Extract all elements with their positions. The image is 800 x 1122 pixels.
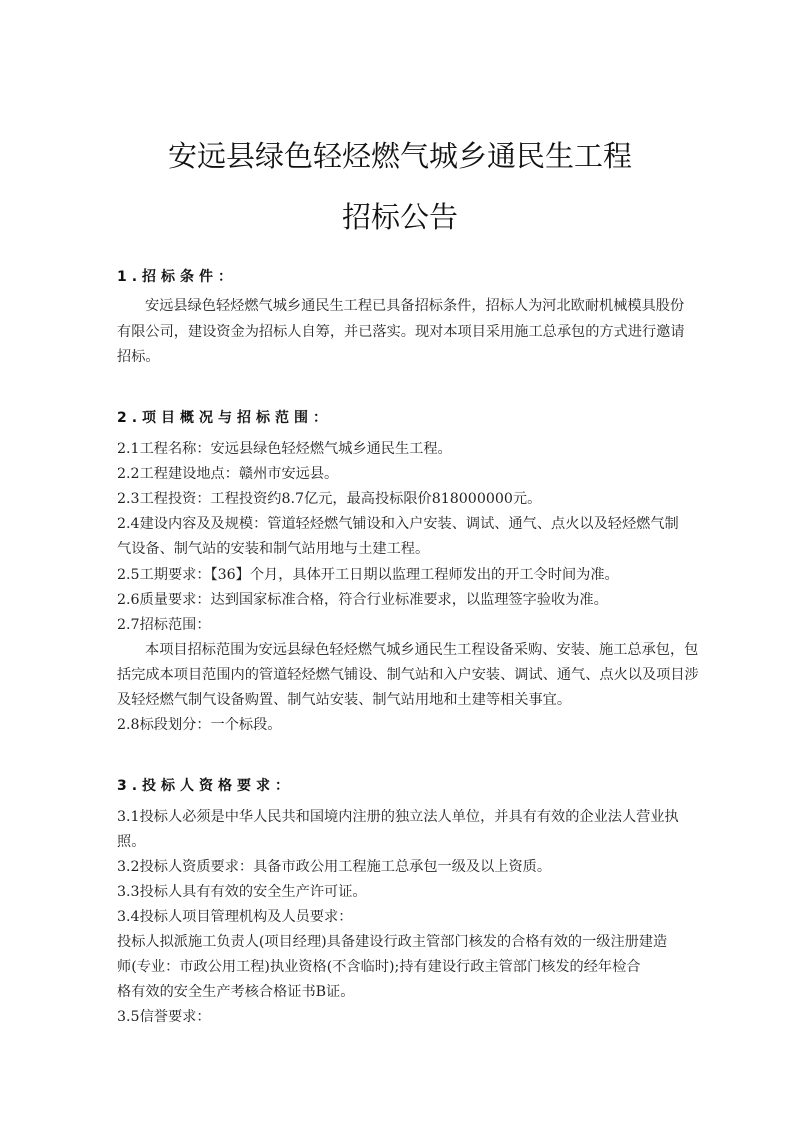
list-item: 2.3工程投资：工程投资约8.7亿元，最高投标限价818000000元。 bbox=[117, 490, 687, 508]
paragraph-line: 格有效的安全生产考核合格证书B证。 bbox=[117, 983, 687, 1001]
list-item-continuation: 气设备、制气站的安装和制气站用地与土建工程。 bbox=[117, 540, 687, 558]
document-subtitle: 招标公告 bbox=[0, 195, 800, 236]
list-item: 2.7招标范围： bbox=[117, 616, 687, 634]
list-item: 3.4投标人项目管理机构及人员要求： bbox=[117, 908, 687, 926]
list-item: 2.8标段划分：一个标段。 bbox=[117, 716, 687, 734]
list-item: 2.4建设内容及及规模：管道轻烃燃气铺设和入户安装、调试、通气、点火以及轻烃燃气… bbox=[117, 515, 687, 533]
list-item: 2.6质量要求：达到国家标准合格，符合行业标准要求，以监理签字验收为准。 bbox=[117, 591, 687, 609]
list-item: 3.1投标人必须是中华人民共和国境内注册的独立法人单位，并具有有效的企业法人营业… bbox=[117, 808, 687, 826]
list-item-continuation: 照。 bbox=[117, 833, 687, 851]
paragraph-line: 招标。 bbox=[117, 348, 687, 366]
section-heading-3: 3.投标人资格要求： bbox=[117, 777, 687, 795]
section-heading-1: 1.招标条件： bbox=[117, 268, 687, 286]
document-page: 安远县绿色轻烃燃气城乡通民生工程 招标公告 1.招标条件： 安远县绿色轻烃燃气城… bbox=[0, 0, 800, 1122]
list-item: 3.2投标人资质要求：具备市政公用工程施工总承包一级及以上资质。 bbox=[117, 858, 687, 876]
list-item: 2.2工程建设地点：赣州市安远县。 bbox=[117, 465, 687, 483]
list-item: 2.5工期要求：【36】个月，具体开工日期以监理工程师发出的开工令时间为准。 bbox=[117, 566, 687, 584]
paragraph-line: 师(专业：市政公用工程)执业资格(不含临时);持有建设行政主管部门核发的经年检合 bbox=[117, 958, 687, 976]
list-item: 2.1工程名称：安远县绿色轻烃燃气城乡通民生工程。 bbox=[117, 440, 687, 458]
paragraph-line: 及轻烃燃气制气设备购置、制气站安装、制气站用地和土建等相关事宜。 bbox=[117, 691, 687, 709]
list-item: 3.5信誉要求： bbox=[117, 1008, 687, 1026]
paragraph-line: 括完成本项目范围内的管道轻烃燃气铺设、制气站和入户安装、调试、通气、点火以及项目… bbox=[117, 666, 687, 684]
paragraph-line: 本项目招标范围为安远县绿色轻烃燃气城乡通民生工程设备采购、安装、施工总承包，包 bbox=[145, 641, 715, 659]
section-heading-2: 2.项目概况与招标范围： bbox=[117, 409, 687, 427]
paragraph-line: 安远县绿色轻烃燃气城乡通民生工程已具备招标条件，招标人为河北欧耐机械模具股份 bbox=[145, 297, 715, 315]
document-title: 安远县绿色轻烃燃气城乡通民生工程 bbox=[0, 134, 800, 175]
list-item: 3.3投标人具有有效的安全生产许可证。 bbox=[117, 883, 687, 901]
paragraph-line: 有限公司，建设资金为招标人自筹，并已落实。现对本项目采用施工总承包的方式进行邀请 bbox=[117, 323, 687, 341]
paragraph-line: 投标人拟派施工负责人(项目经理)具备建设行政主管部门核发的合格有效的一级注册建造 bbox=[117, 933, 687, 951]
